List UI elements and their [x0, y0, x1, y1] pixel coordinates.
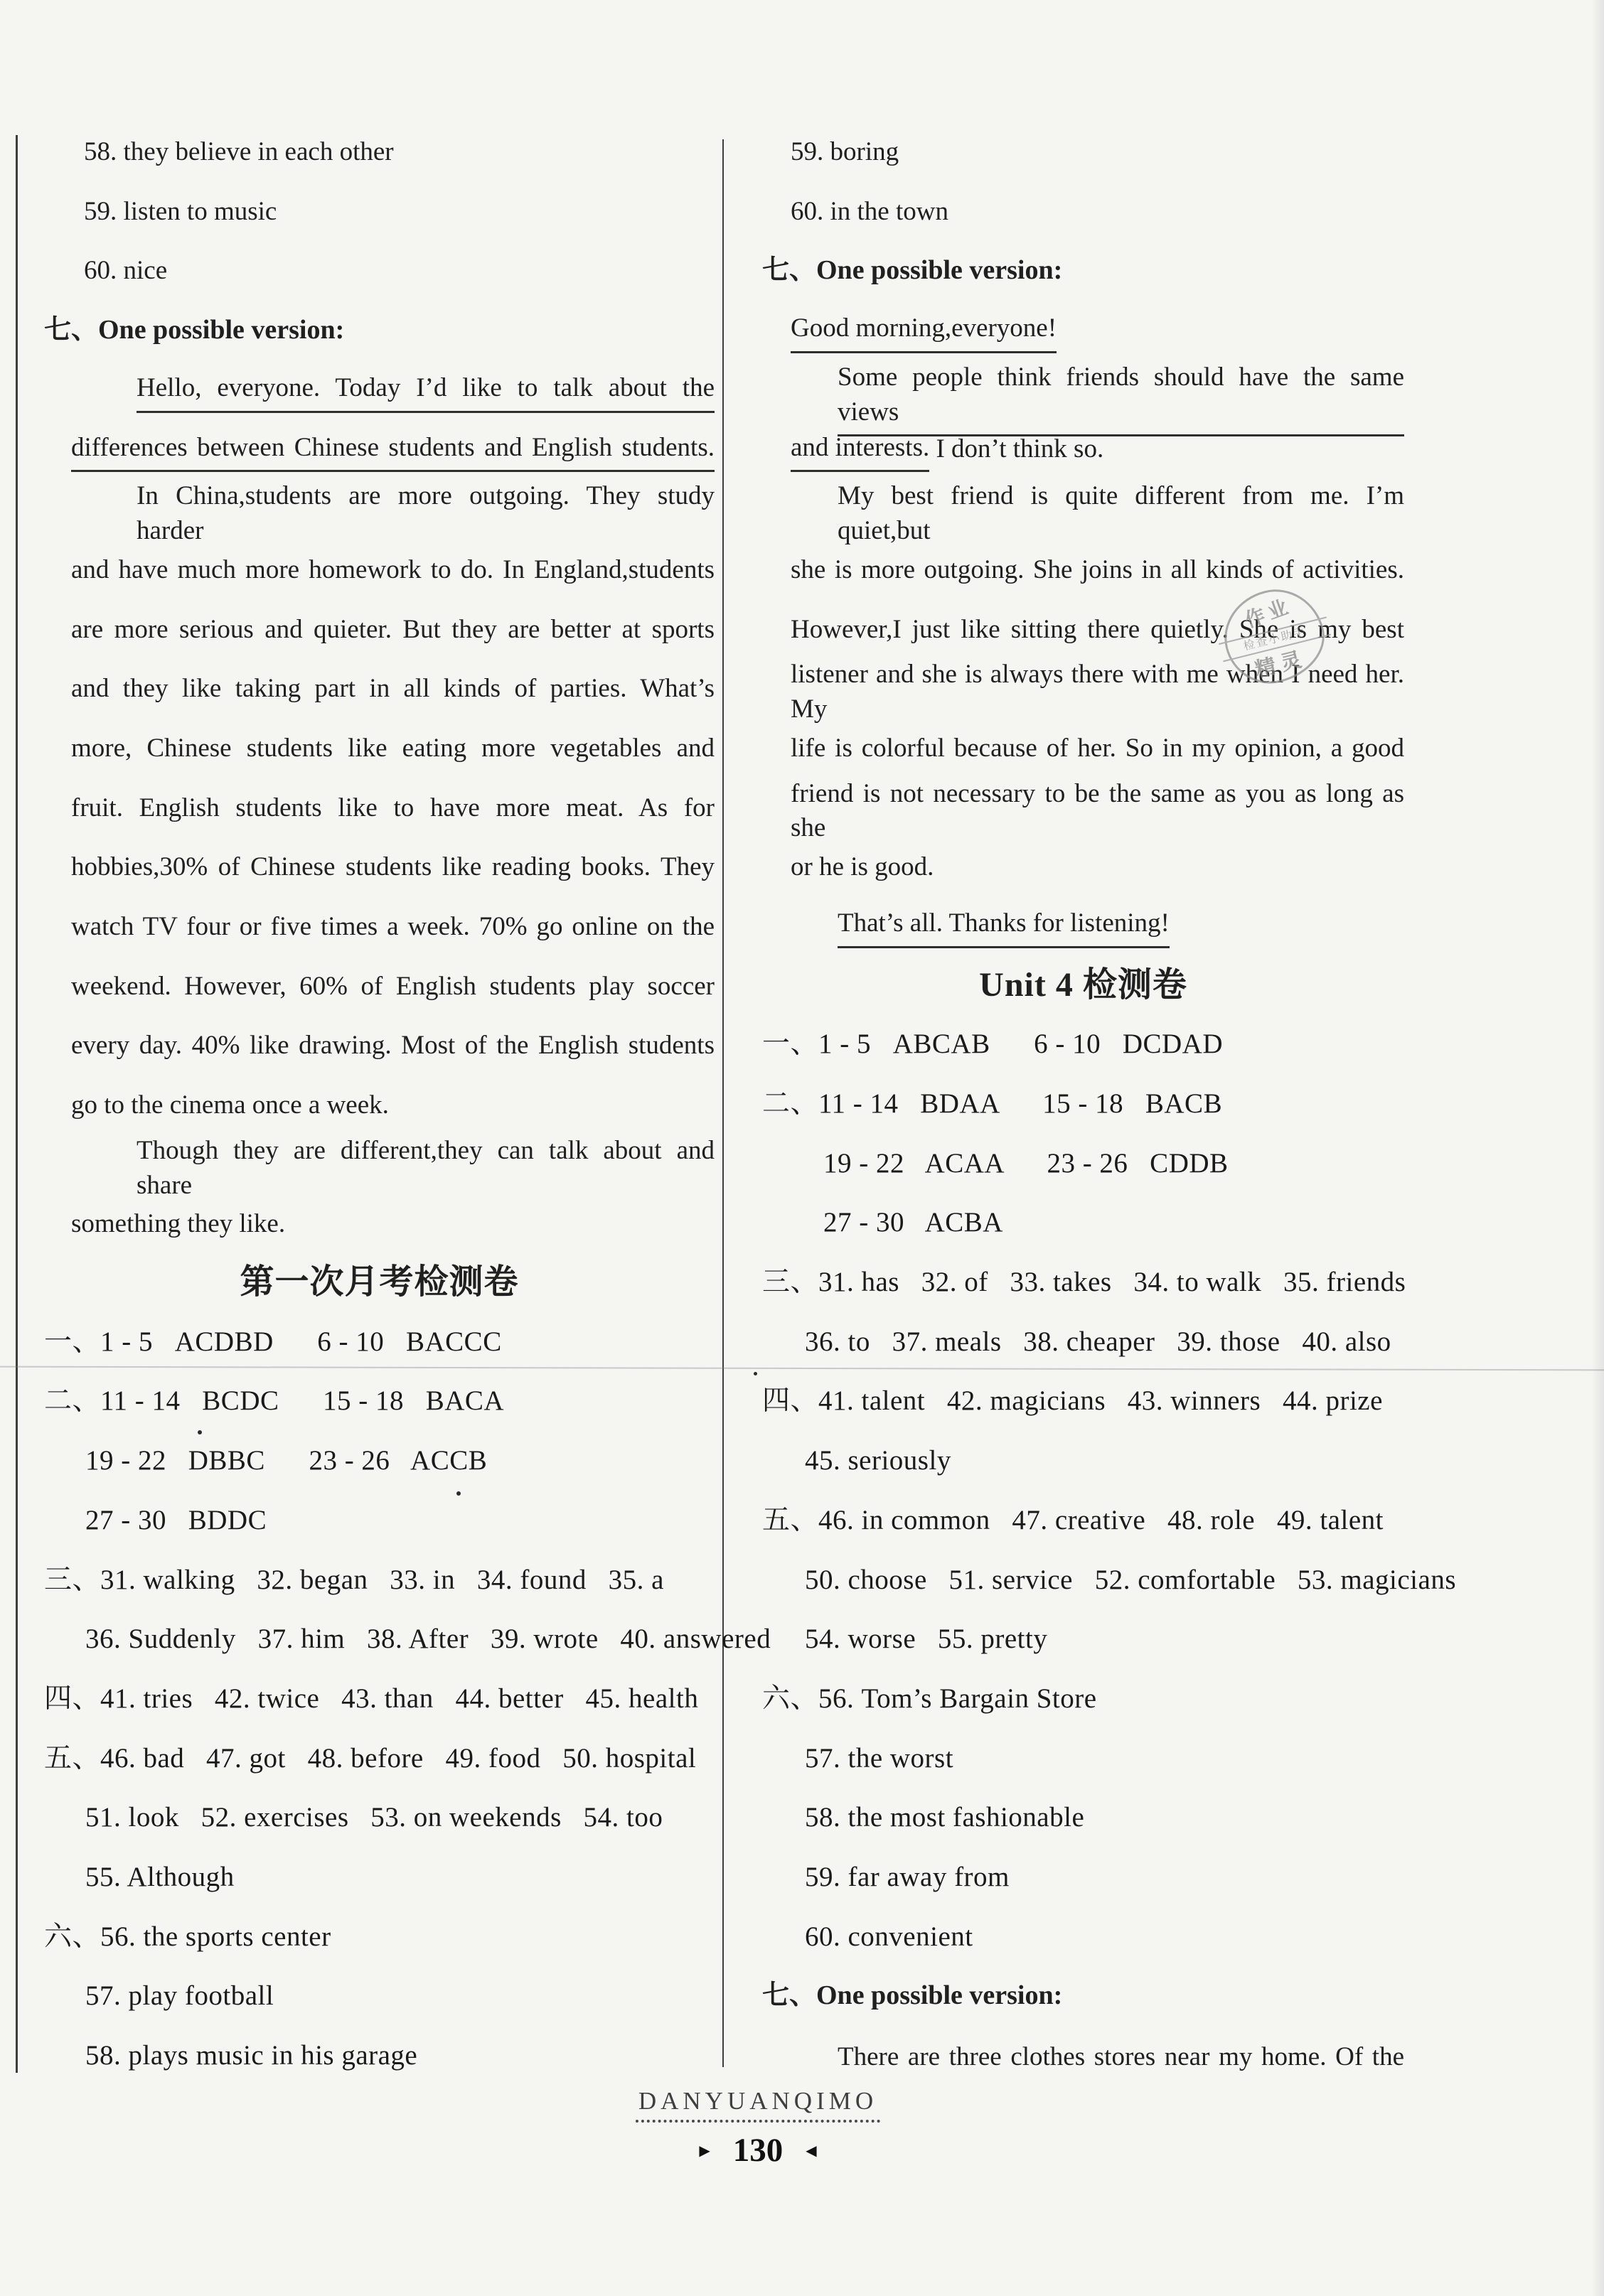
essay-line: My best friend is quite different from m… — [762, 479, 1404, 539]
right-column: 59. boring 60. in the town 七、One possibl… — [762, 122, 1404, 2086]
ink-dot-artifact — [754, 1372, 757, 1375]
answer-item: 59. boring — [762, 122, 1404, 182]
essay-text-underlined: That’s all. Thanks for listening! — [838, 906, 1170, 948]
essay-text: and have much more homework to do. In En… — [71, 553, 715, 588]
answer-row: 50. choose 51. service 52. comfortable 5… — [762, 1550, 1404, 1610]
answer-row: 19 - 22 ACAA 23 - 26 CDDB — [762, 1134, 1404, 1193]
exam-heading-first-monthly: 第一次月考检测卷 — [44, 1252, 715, 1312]
answer-row: 五、46. bad 47. got 48. before 49. food 50… — [44, 1729, 715, 1788]
exam-heading-unit4: Unit 4 检测卷 — [762, 955, 1404, 1015]
essay-text-underlined: and interests. — [791, 431, 929, 473]
essay-line: Some people think friends should have th… — [762, 360, 1404, 420]
essay-line: or he is good. — [762, 836, 1404, 896]
answer-row: 59. far away from — [762, 1847, 1404, 1907]
answer-row: 57. play football — [44, 1966, 715, 2026]
essay-text: There are three clothes stores near my h… — [838, 2040, 1404, 2075]
left-column: 58. they believe in each other 59. liste… — [44, 122, 715, 2086]
page-next-icon: ◀ — [806, 2142, 816, 2159]
section-marker-possible-version: 七、One possible version: — [762, 241, 1404, 301]
essay-line: friend is not necessary to be the same a… — [762, 777, 1404, 837]
answer-row: 51. look 52. exercises 53. on weekends 5… — [44, 1788, 715, 1847]
essay-line: and have much more homework to do. In En… — [44, 539, 715, 599]
answer-row: 58. the most fashionable — [762, 1788, 1404, 1847]
scan-right-edge-shadow — [1591, 0, 1604, 2296]
answer-row: 60. convenient — [762, 1907, 1404, 1967]
essay-line: weekend. However, 60% of English student… — [44, 955, 715, 1015]
essay-text: and they like taking part in all kinds o… — [71, 672, 715, 707]
answer-row: 四、41. talent 42. magicians 43. winners 4… — [762, 1371, 1404, 1431]
answer-row: 一、1 - 5 ACDBD 6 - 10 BACCC — [44, 1312, 715, 1372]
answer-row: 四、41. tries 42. twice 43. than 44. bette… — [44, 1669, 715, 1729]
essay-text: watch TV four or five times a week. 70% … — [71, 910, 715, 945]
essay-line: That’s all. Thanks for listening! — [762, 896, 1404, 955]
answer-row: 19 - 22 DBBC 23 - 26 ACCB — [44, 1431, 715, 1491]
essay-line: more, Chinese students like eating more … — [44, 717, 715, 777]
essay-line: every day. 40% like drawing. Most of the… — [44, 1014, 715, 1074]
answer-row: 三、31. has 32. of 33. takes 34. to walk 3… — [762, 1252, 1404, 1312]
answer-row: 54. worse 55. pretty — [762, 1609, 1404, 1669]
essay-line: differences between Chinese students and… — [44, 419, 715, 479]
page-number: ▶ 130 ◀ — [626, 2131, 890, 2169]
answer-item: 59. listen to music — [44, 182, 715, 242]
essay-line: fruit. English students like to have mor… — [44, 777, 715, 837]
essay-text: or he is good. — [791, 850, 1404, 885]
ink-dot-artifact — [456, 1491, 461, 1496]
page-number-value: 130 — [733, 2131, 784, 2169]
essay-text: fruit. English students like to have mor… — [71, 791, 715, 826]
essay-line: There are three clothes stores near my h… — [762, 2026, 1404, 2086]
answer-row: 一、1 - 5 ABCAB 6 - 10 DCDAD — [762, 1014, 1404, 1074]
answer-row: 六、56. the sports center — [44, 1907, 715, 1967]
essay-line: watch TV four or five times a week. 70% … — [44, 896, 715, 955]
essay-line: hobbies,30% of Chinese students like rea… — [44, 836, 715, 896]
answer-row: 六、56. Tom’s Bargain Store — [762, 1669, 1404, 1729]
dotted-rule — [636, 2120, 880, 2123]
essay-text-underlined: differences between Chinese students and… — [71, 431, 715, 473]
essay-line: and they like taking part in all kinds o… — [44, 658, 715, 717]
answer-row: 二、11 - 14 BDAA 15 - 18 BACB — [762, 1074, 1404, 1134]
answer-row: 27 - 30 BDDC — [44, 1491, 715, 1550]
essay-text-underlined: Good morning,everyone! — [791, 311, 1057, 353]
essay-text: I don’t think so. — [929, 434, 1103, 463]
answer-row: 57. the worst — [762, 1729, 1404, 1788]
essay-text: hobbies,30% of Chinese students like rea… — [71, 850, 715, 885]
answer-row: 三、31. walking 32. began 33. in 34. found… — [44, 1550, 715, 1610]
answer-row: 27 - 30 ACBA — [762, 1193, 1404, 1252]
answer-item: 58. they believe in each other — [44, 122, 715, 182]
essay-text-underlined: Hello, everyone. Today I’d like to talk … — [137, 371, 715, 413]
essay-line: Though they are different,they can talk … — [44, 1134, 715, 1193]
essay-text: weekend. However, 60% of English student… — [71, 970, 715, 1004]
ink-dot-artifact — [198, 1430, 202, 1434]
essay-text: she is more outgoing. She joins in all k… — [791, 553, 1404, 588]
essay-text: life is colorful because of her. So in m… — [791, 731, 1404, 766]
essay-line: Good morning,everyone! — [762, 301, 1404, 360]
page-prev-icon: ▶ — [699, 2142, 710, 2159]
footer: DANYUANQIMO ▶ 130 ◀ — [626, 2087, 890, 2169]
page-left-rule — [16, 135, 18, 2073]
answer-row: 58. plays music in his garage — [44, 2026, 715, 2086]
essay-line: life is colorful because of her. So in m… — [762, 717, 1404, 777]
brand-logo: DANYUANQIMO — [626, 2087, 890, 2115]
answer-row: 36. to 37. meals 38. cheaper 39. those 4… — [762, 1312, 1404, 1372]
essay-text: go to the cinema once a week. — [71, 1088, 715, 1123]
answer-row: 55. Although — [44, 1847, 715, 1907]
answer-row: 45. seriously — [762, 1431, 1404, 1491]
column-divider-line — [722, 139, 724, 2067]
essay-line: Hello, everyone. Today I’d like to talk … — [44, 360, 715, 420]
answer-row: 36. Suddenly 37. him 38. After 39. wrote… — [44, 1609, 715, 1669]
essay-text: are more serious and quieter. But they a… — [71, 613, 715, 648]
essay-text: every day. 40% like drawing. Most of the… — [71, 1029, 715, 1063]
answer-item: 60. nice — [44, 241, 715, 301]
essay-text: more, Chinese students like eating more … — [71, 731, 715, 766]
essay-line: In China,students are more outgoing. The… — [44, 479, 715, 539]
essay-line: are more serious and quieter. But they a… — [44, 599, 715, 658]
section-marker-possible-version: 七、One possible version: — [762, 1966, 1404, 2026]
answer-row: 二、11 - 14 BCDC 15 - 18 BACA — [44, 1371, 715, 1431]
essay-line: something they like. — [44, 1193, 715, 1252]
essay-text: something they like. — [71, 1207, 715, 1242]
answer-row: 五、46. in common 47. creative 48. role 49… — [762, 1491, 1404, 1550]
section-marker-possible-version: 七、One possible version: — [44, 301, 715, 360]
essay-line: go to the cinema once a week. — [44, 1074, 715, 1134]
answer-item: 60. in the town — [762, 182, 1404, 242]
scanned-answer-page: 58. they believe in each other 59. liste… — [0, 0, 1604, 2296]
